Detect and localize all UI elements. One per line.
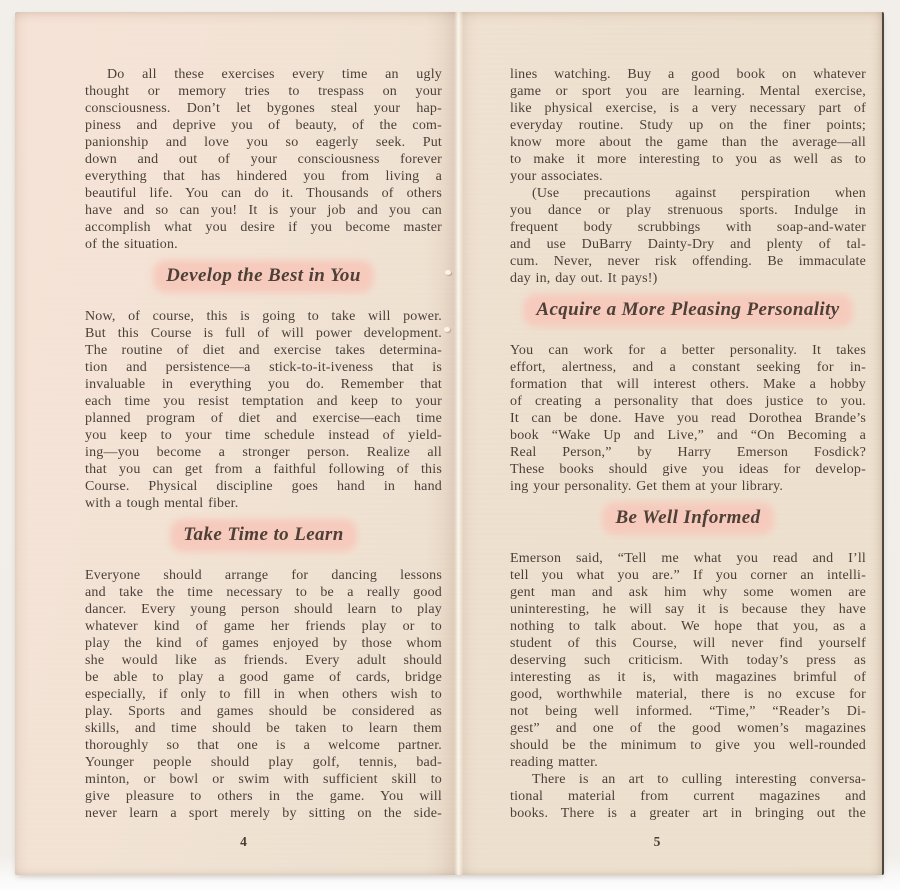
body-text-line: nothing to talk about. We hope that you,… [510, 618, 866, 635]
body-text-line: Course. Physical discipline goes hand in… [85, 478, 442, 495]
body-text-line: like physical exercise, is a very necess… [510, 100, 866, 117]
body-text-line: But this Course is full of will power de… [85, 325, 442, 342]
body-text-line: The routine of diet and exercise takes d… [85, 342, 442, 359]
body-text-line: consciousness. Don’t let bygones steal y… [85, 100, 442, 117]
body-text-line: frequent body scrubbings with soap-and-w… [510, 219, 866, 236]
body-text-line: good, worthwhile material, there is no e… [510, 686, 866, 703]
body-text-line: ing—you become a stronger person. Realiz… [85, 444, 442, 461]
body-text-line: everyday routine. Study up on the finer … [510, 117, 866, 134]
body-text-line: of creating a personality that does just… [510, 393, 866, 410]
body-text-line: reading matter. [510, 754, 866, 771]
body-text-line: with a tough mental fiber. [85, 495, 442, 512]
body-text-line: interesting as it is, with magazines bri… [510, 669, 866, 686]
scanned-booklet-scan: Do all these exercises every time an ugl… [0, 0, 900, 890]
body-text-line: down and out of your consciousness forev… [85, 151, 442, 168]
body-text-line: uninteresting, he will say it is because… [510, 601, 866, 618]
page-left-content: Do all these exercises every time an ugl… [85, 66, 442, 822]
body-text-line: be able to play a good game of cards, br… [85, 669, 442, 686]
body-text-line: especially, if only to fill in when othe… [85, 686, 442, 703]
staple-mark [445, 270, 451, 275]
body-text-line: gest” and one of the good women’s magazi… [510, 720, 866, 737]
body-text-line: cum. Never, never risk offending. Be imm… [510, 253, 866, 270]
heading-highlight: Take Time to Learn [176, 524, 350, 545]
booklet-spread: Do all these exercises every time an ugl… [15, 12, 884, 875]
section-heading: Acquire a More Pleasing Personality [510, 297, 866, 325]
body-text-line: deserving such criticism. With today’s p… [510, 652, 866, 669]
body-text-line: beautiful life. You can do it. Thousands… [85, 185, 442, 202]
body-text-line: skills, and time should be taken to lear… [85, 720, 442, 737]
body-text-line: your associates. [510, 168, 866, 185]
body-text-line: you dance or play strenuous sports. Indu… [510, 202, 866, 219]
body-text-line: each time you resist temptation and keep… [85, 393, 442, 410]
body-text-line: Real Person,” by Harry Emerson Fosdick? [510, 444, 866, 461]
body-text-line: play. Sports and games should be conside… [85, 703, 442, 720]
body-text-line: have and so can you! It is your job and … [85, 202, 442, 219]
body-text-line: thought or memory tries to trespass on y… [85, 83, 442, 100]
body-text-line: dancer. Every young person should learn … [85, 601, 442, 618]
body-text-line: ing your personality. Get them at your l… [510, 478, 866, 495]
body-text-line: game or sport you are learning. Mental e… [510, 83, 866, 100]
body-text-line: whatever kind of game her friends play o… [85, 618, 442, 635]
body-text-line: Everyone should arrange for dancing less… [85, 567, 442, 584]
body-text-line: Younger people should play golf, tennis,… [85, 754, 442, 771]
body-text-line: formation that will interest others. Mak… [510, 376, 866, 393]
page-left: Do all these exercises every time an ugl… [85, 66, 442, 850]
body-text-line: lines watching. Buy a good book on whate… [510, 66, 866, 83]
body-text-line: and use DuBarry Dainty-Dry and plenty of… [510, 236, 866, 253]
body-text-line: to make it more interesting to you as we… [510, 151, 866, 168]
body-text-line: gent man and ask him why some women are [510, 584, 866, 601]
body-text-line: effort, alertness, and a constant seekin… [510, 359, 866, 376]
body-text-line: invaluable in everything you do. Remembe… [85, 376, 442, 393]
section-heading: Take Time to Learn [85, 522, 442, 550]
body-text-line: book “Wake Up and Live,” and “On Becomin… [510, 427, 866, 444]
body-text-line: play the kind of games enjoyed by those … [85, 635, 442, 652]
heading-highlight: Be Well Informed [608, 507, 767, 528]
body-text-line: accomplish what you desire if you become… [85, 219, 442, 236]
body-text-line: It can be done. Have you read Dorothea B… [510, 410, 866, 427]
body-text-line: Now, of course, this is going to take wi… [85, 308, 442, 325]
body-text-line: minton, or bowl or swim with sufficient … [85, 771, 442, 788]
body-text-line: and take the time necessary to be a real… [85, 584, 442, 601]
heading-highlight: Develop the Best in You [159, 265, 368, 286]
body-text-line: These books should give you ideas for de… [510, 461, 866, 478]
heading-highlight: Acquire a More Pleasing Personality [529, 299, 846, 320]
body-text-line: know more about the game than the averag… [510, 134, 866, 151]
page-right: lines watching. Buy a good book on whate… [510, 66, 866, 850]
body-text-line: day in, day out. It pays!) [510, 270, 866, 287]
body-text-line: never learn a sport merely by sitting on… [85, 805, 442, 822]
page-number-left: 4 [65, 834, 422, 850]
page-right-content: lines watching. Buy a good book on whate… [510, 66, 866, 822]
body-text-line: books. There is a greater art in bringin… [510, 805, 866, 822]
body-text-line: piness and deprive you of beauty, of the… [85, 117, 442, 134]
body-text-line: planned program of diet and exercise—eac… [85, 410, 442, 427]
body-text-line: Do all these exercises every time an ugl… [85, 66, 442, 83]
body-text-line: that you can get from a faithful followi… [85, 461, 442, 478]
body-text-line: should be the minimum to give you well-r… [510, 737, 866, 754]
body-text-line: tion and persistence—a stick-to-it-ivene… [85, 359, 442, 376]
staple-mark [444, 327, 450, 332]
body-text-line: (Use precautions against perspiration wh… [510, 185, 866, 202]
body-text-line: give pleasure to others in the game. You… [85, 788, 442, 805]
body-text-line: panionship and love you so eagerly seek.… [85, 134, 442, 151]
body-text-line: of the situation. [85, 236, 442, 253]
page-number-right: 5 [479, 834, 835, 850]
body-text-line: thoroughly so that one is a welcome part… [85, 737, 442, 754]
body-text-line: Emerson said, “Tell me what you read and… [510, 550, 866, 567]
body-text-line: tional material from current magazines a… [510, 788, 866, 805]
section-heading: Be Well Informed [510, 505, 866, 533]
body-text-line: she would like as friends. Every adult s… [85, 652, 442, 669]
body-text-line: There is an art to culling interesting c… [510, 771, 866, 788]
body-text-line: tell you what you are.” If you corner an… [510, 567, 866, 584]
body-text-line: everything that has hindered you from li… [85, 168, 442, 185]
section-heading: Develop the Best in You [85, 263, 442, 291]
body-text-line: not being well informed. “Time,” “Reader… [510, 703, 866, 720]
body-text-line: You can work for a better personality. I… [510, 342, 866, 359]
body-text-line: you keep to your time schedule instead o… [85, 427, 442, 444]
body-text-line: student of this Course, will never find … [510, 635, 866, 652]
